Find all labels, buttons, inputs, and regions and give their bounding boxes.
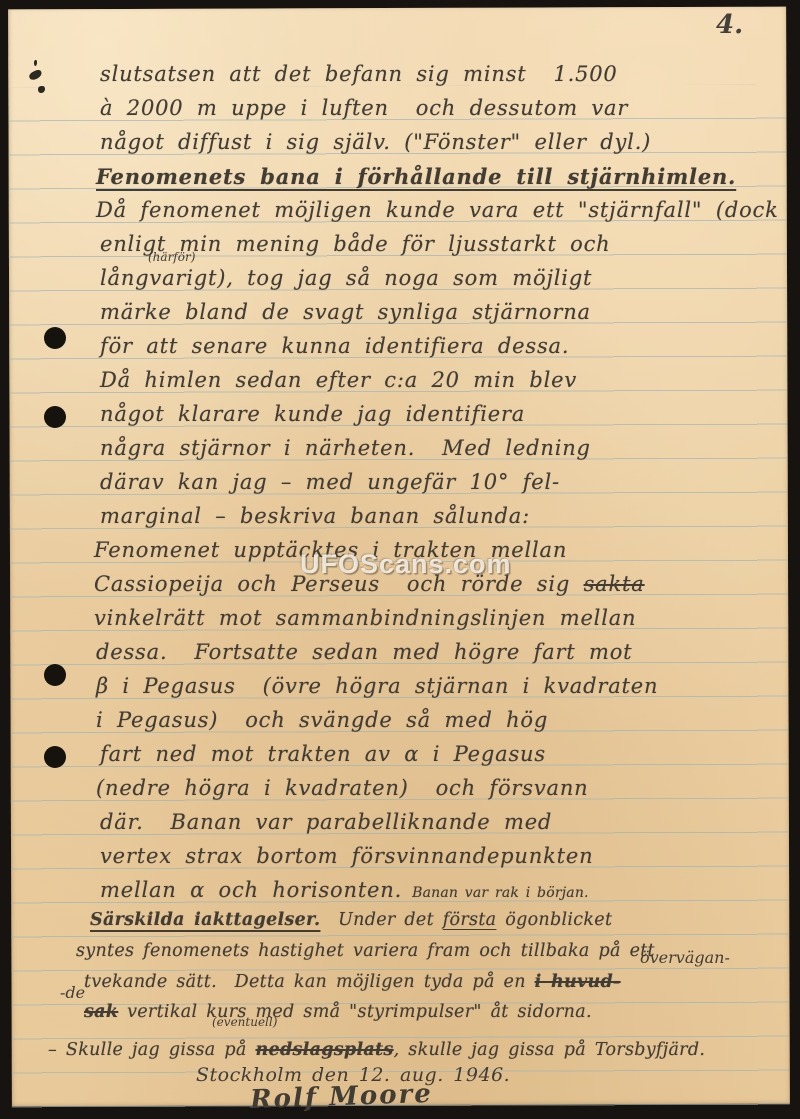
handwritten-line: för att senare kunna identifiera dessa. xyxy=(100,334,569,359)
handwritten-line: långvarigt), tog jag så noga som möjligt xyxy=(100,266,592,291)
handwritten-line: något diffust i sig själv. ("Fönster" el… xyxy=(100,130,651,155)
handwritten-line: vinkelrätt mot sammanbindningslinjen mel… xyxy=(94,606,636,631)
signature: Rolf Moore xyxy=(250,1081,434,1113)
handwritten-line: sak vertikal kurs med små "styrimpulser"… xyxy=(84,1002,592,1023)
line-text: vertikal kurs med små "styrimpulser" åt … xyxy=(118,1002,592,1022)
handwritten-line: Då fenomenet möjligen kunde vara ett "st… xyxy=(96,198,779,223)
appended-note: Banan var rak i början. xyxy=(412,885,589,901)
line-text: långvarigt xyxy=(100,266,217,290)
handwritten-line: därav kan jag – med ungefär 10° fel- xyxy=(100,470,560,495)
struck-word: sakta xyxy=(584,572,645,596)
heading-line: Fenomenets bana i förhållande till stjär… xyxy=(96,164,736,189)
handwritten-line: i Pegasus) och svängde så med hög xyxy=(96,708,548,733)
handwritten-line: slutsatsen att det befann sig minst 1.50… xyxy=(100,62,618,87)
struck-overwritten-word: nedslagsplats xyxy=(255,1040,393,1060)
inserted-word-above-line: övervägan- xyxy=(640,950,730,966)
handwritten-line: (nedre högra i kvadraten) och försvann xyxy=(96,776,588,801)
struck-word: i huvud- xyxy=(535,972,621,992)
struck-word: sak xyxy=(84,1002,118,1022)
handwritten-line: där. Banan var parabelliknande med xyxy=(100,810,552,835)
handwritten-line: dessa. Fortsatte sedan med högre fart mo… xyxy=(96,640,632,665)
line-text: tvekande sätt. Detta kan möjligen tyda p… xyxy=(84,972,535,992)
handwritten-line: Då himlen sedan efter c:a 20 min blev xyxy=(100,368,577,393)
punch-hole xyxy=(44,664,66,686)
line-text: ), tog jag så noga som möjligt xyxy=(217,266,592,290)
punch-hole xyxy=(44,406,66,428)
inserted-word-above-line: -de xyxy=(60,985,85,1001)
handwritten-line: märke bland de svagt synliga stjärnorna xyxy=(100,300,591,325)
scanned-page: 4. slutsatsen att det befann sig minst 1… xyxy=(0,0,800,1119)
handwritten-line: marginal – beskriva banan sålunda: xyxy=(100,504,530,529)
heading-line: Särskilda iakttagelser. Under det första… xyxy=(90,910,612,931)
inserted-word-above-line: (härför) xyxy=(148,251,195,263)
inserted-word-above-line: (eventuell) xyxy=(212,1016,277,1028)
handwritten-line: något klarare kunde jag identifiera xyxy=(100,402,525,427)
line-text: Under det xyxy=(320,910,442,930)
handwritten-line: vertex strax bortom försvinnandepunkten xyxy=(100,844,593,869)
line-text: mellan α och horisonten. xyxy=(100,878,402,902)
punch-hole xyxy=(44,746,66,768)
line-text: – Skulle jag gissa på xyxy=(48,1040,255,1060)
punch-hole xyxy=(44,327,66,349)
handwritten-line: mellan α och horisonten.Banan var rak i … xyxy=(100,878,589,903)
handwritten-line: några stjärnor i närheten. Med ledning xyxy=(100,436,591,461)
handwritten-line: – Skulle jag gissa på nedslagsplats, sku… xyxy=(48,1040,705,1061)
handwritten-line: syntes fenomenets hastighet variera fram… xyxy=(76,941,655,962)
handwritten-line: à 2000 m uppe i luften och dessutom var xyxy=(100,96,628,121)
underlined-word: första xyxy=(443,910,497,930)
handwritten-line: fart ned mot trakten av α i Pegasus xyxy=(100,742,546,767)
section-heading: Särskilda iakttagelser. xyxy=(90,910,320,930)
watermark: UFOScans.com xyxy=(300,551,512,578)
line-text: , skulle jag gissa på Torsbyfjärd. xyxy=(394,1040,706,1060)
line-text: ögonblicket xyxy=(496,910,612,930)
handwritten-line: β i Pegasus (övre högra stjärnan i kvadr… xyxy=(96,674,658,699)
handwritten-line: tvekande sätt. Detta kan möjligen tyda p… xyxy=(84,972,621,993)
page-number: 4. xyxy=(716,12,743,38)
